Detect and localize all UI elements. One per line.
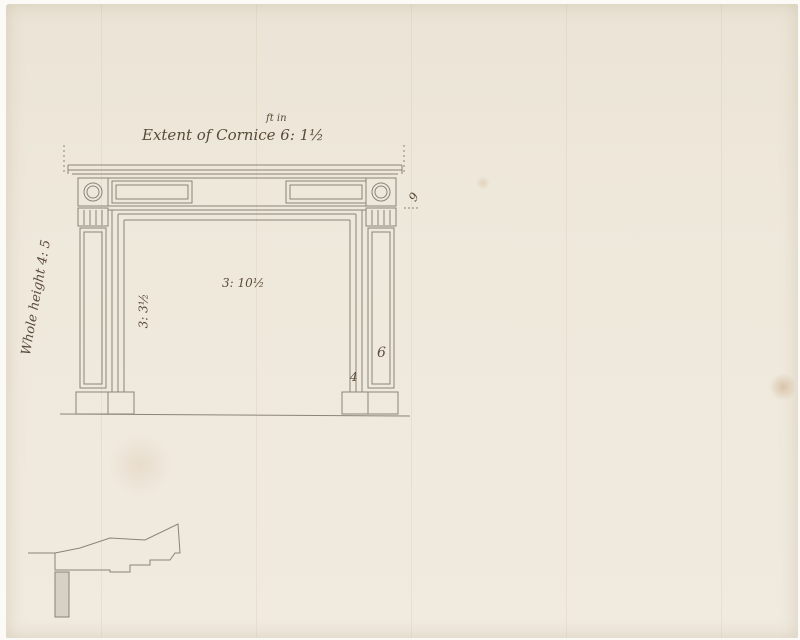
- cornice-extent-label: Extent of Cornice 6: 1½: [142, 126, 324, 144]
- jamb-width-label: 4: [350, 370, 358, 384]
- pilaster-width-label: 6: [377, 345, 386, 361]
- opening-width-label: 3: 10½: [222, 276, 264, 290]
- opening-height-label: 3: 3½: [136, 294, 150, 329]
- cornice-unit-label: ft in: [266, 113, 287, 124]
- mantel-elevation-drawing: [0, 0, 800, 640]
